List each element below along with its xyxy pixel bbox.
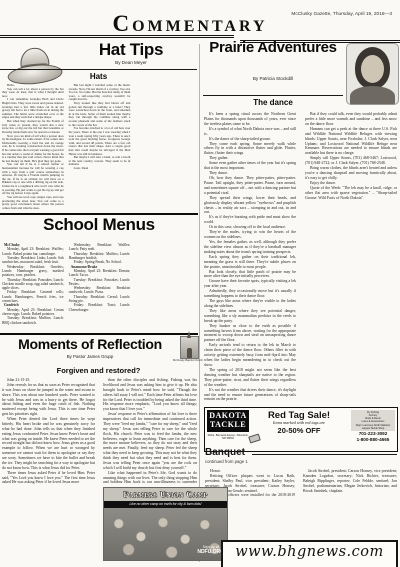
columnist-portrait-photo [346, 43, 399, 105]
dakota-logo-line2: TACKLE [210, 420, 246, 429]
moments-top-rule [0, 333, 198, 335]
camp-kids-photo: Sign up at NDFU.ORG [104, 508, 227, 560]
moments-byline: By Pastor James Grupp [0, 354, 180, 359]
dakota-services-list: Fly FishingArcheryRods & ReelsLures & Ac… [351, 410, 395, 431]
page-title: Commentary [30, 11, 350, 37]
forgiven-article-title: Forgiven and restored? [0, 366, 197, 375]
portrait-shoulders [350, 86, 395, 105]
farmers-union-camp-title: Farmers Union Camp [104, 488, 227, 501]
farmers-union-tagline: Like no other camp on earth for city & f… [104, 501, 227, 508]
dakota-address: 318 E. Bismarck Expwy • Bismarck, ND 585… [207, 434, 249, 440]
banquet-continued-note: continued from page 1 [205, 459, 248, 464]
banquet-rule [252, 454, 397, 455]
dance-article-title: The dance [203, 98, 343, 107]
price-tag-icon [248, 433, 261, 443]
moments-title: Moments of Reflection [0, 337, 180, 351]
portrait-face [361, 55, 384, 83]
bhgnews-url: www.bhgnews.com [235, 544, 384, 560]
dakota-phone-2: 1-800-880-4665 [351, 437, 395, 443]
dakota-tackle-ad: DAKOTA TACKLE 318 E. Bismarck Expwy • Bi… [204, 407, 398, 452]
church-caption: McClusky Baptist Church [168, 359, 208, 362]
ndfu-url: NDFU.ORG [197, 549, 224, 555]
hats-article-body: Hello,You can tell a lot about a person … [2, 84, 197, 214]
hat-tips-rule [0, 69, 197, 70]
hat-tips-title: Hat Tips [62, 41, 200, 58]
dakota-tackle-logo: DAKOTA TACKLE [207, 410, 249, 432]
school-menus-title: School Menus [0, 216, 198, 233]
church-steeple [187, 331, 191, 338]
discount-text: 20-50% OFF [253, 426, 345, 435]
dakota-logo-line1: DAKOTA [209, 411, 247, 420]
dance-article-body: It's been a spring ritual across the Nor… [204, 112, 397, 404]
farmers-union-camp-ad: Farmers Union Camp Like no other camp on… [103, 487, 228, 561]
church-door [187, 348, 192, 358]
church-photo [180, 336, 199, 359]
banquet-title: Banquet [205, 447, 245, 458]
masthead-rule-left [0, 35, 234, 38]
bhgnews-banner: www.bhgnews.com [221, 540, 398, 567]
prairie-rule [203, 95, 343, 96]
column-divider [199, 44, 200, 562]
prairie-adventures-title: Prairie Adventures [203, 40, 343, 55]
school-menus-body: McCluskyMonday, April 23: Breakfast: Waf… [2, 243, 197, 333]
banquet-col2: Jacob Strobel, president; Carson Honsey,… [303, 469, 397, 531]
prairie-adventures-byline: By Patricia Stockdill [203, 76, 343, 81]
hats-article-title: Hats [0, 72, 197, 81]
forgiven-article-col1: John 21:15-25.John reveals for us that a… [2, 378, 95, 562]
newspaper-page: McClusky Gazette, Thursday, April 19, 20… [0, 0, 400, 567]
forgiven-article-col2: than the other disciples and fishing. Fi… [103, 378, 197, 483]
hat-tips-byline: By Dean Meyer [62, 60, 200, 65]
